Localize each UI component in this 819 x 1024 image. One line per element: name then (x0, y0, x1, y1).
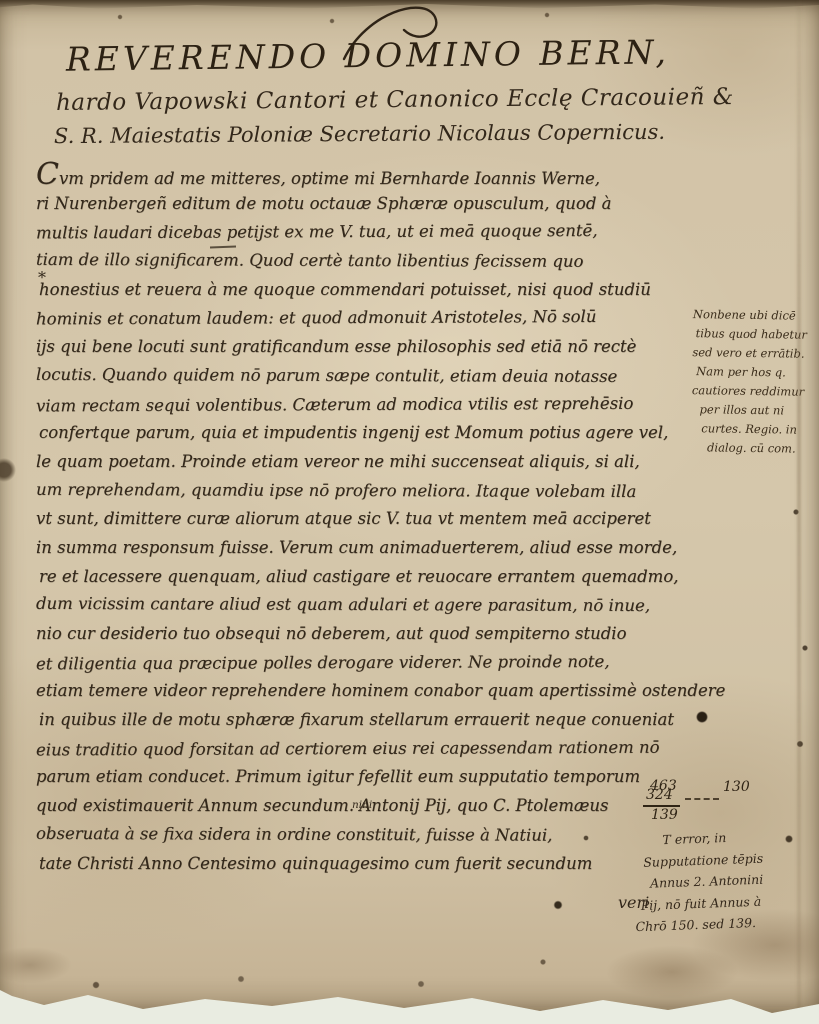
calc-subtrahend: 324 (646, 788, 673, 802)
manuscript-line: eius traditio quod forsitan ad certiorem… (36, 733, 676, 764)
margin-note-line: Nonbene ubi dicē (693, 305, 819, 326)
manuscript-line: ri Nurenbergeñ editum de motu octauæ Sph… (36, 190, 676, 219)
manuscript-line: nio cur desiderio tuo obsequi nō deberem… (36, 620, 676, 649)
manuscript-scan: REVERENDO DOMINO BERN, hardo Vapowski Ca… (0, 0, 819, 1024)
manuscript-line: multis laudari dicebas petijst ex me V. … (36, 217, 676, 248)
manuscript-line: parum etiam conducet. Primum igitur fefe… (36, 763, 676, 792)
salutation-line-2: hardo Vapowski Cantori et Canonico Ecclę… (56, 84, 734, 116)
manuscript-line: tate Christi Anno Centesimo quinquagesim… (39, 850, 679, 879)
manuscript-line: Cvm pridem ad me mitteres, optime mi Ber… (36, 161, 676, 190)
letter-body: Cvm pridem ad me mitteres, optime mi Ber… (36, 161, 676, 878)
manuscript-line: in summa responsum fuisse. Verum cum ani… (36, 534, 676, 563)
margin-asterisk: * (38, 268, 46, 287)
margin-note-line: Nam per hos q. (696, 362, 818, 383)
margin-note-lower: T error, in Supputatione tēpis Annus 2. … (632, 824, 819, 938)
manuscript-line: vt sunt, dimittere curæ aliorum atque si… (36, 505, 676, 534)
margin-note-line: tibus quod habetur (696, 324, 819, 345)
salutation-line-1: REVERENDO DOMINO BERN, (66, 32, 670, 78)
margin-note-line: cautiores reddimur (692, 381, 818, 402)
manuscript-line: viam rectam sequi volentibus. Cæterum ad… (36, 389, 676, 420)
manuscript-line: honestius et reuera à me quoque commenda… (39, 276, 679, 305)
manuscript-page: REVERENDO DOMINO BERN, hardo Vapowski Ca… (0, 0, 819, 1016)
manuscript-line: in quibus ille de motu sphæræ fixarum st… (39, 706, 679, 735)
margin-note-line: dialog. cū com. (707, 438, 817, 459)
manuscript-line: obseruata à se fixa sidera in ordine con… (36, 820, 676, 851)
calc-result: 139 (651, 808, 678, 822)
manuscript-line: ijs qui bene locuti sunt gratificandum e… (36, 333, 676, 362)
manuscript-line: confertque parum, quia et impudentis ing… (39, 419, 679, 448)
manuscript-line: le quam poetam. Proinde etiam vereor ne … (36, 448, 676, 477)
manuscript-line: hominis et conatum laudem: et quod admon… (36, 303, 676, 334)
margin-note-line: sed vero et errātib. (692, 343, 818, 364)
manuscript-line: locutis. Quando quidem nō parum sæpe con… (36, 361, 676, 392)
margin-note-upper: Nonbene ubi dicē tibus quod habetur sed … (691, 305, 819, 459)
manuscript-line: dum vicissim cantare aliud est quam adul… (36, 590, 676, 621)
interlinear-insertion: nini (352, 799, 372, 811)
manuscript-line: re et lacessere quenquam, aliud castigar… (39, 563, 679, 592)
manuscript-line: etiam temere videor reprehendere hominem… (36, 677, 676, 706)
margin-note-line: per illos aut ni (699, 400, 817, 421)
calc-dash-leader (685, 798, 719, 800)
manuscript-line: tiam de illo significarem. Quod certè ta… (36, 246, 676, 277)
salutation-line-3: S. R. Maiestatis Poloniæ Secretario Nico… (54, 120, 665, 148)
manuscript-line: um reprehendam, quamdiu ipse nō profero … (36, 475, 676, 506)
calc-side-number: 130 (723, 780, 750, 794)
manuscript-line: et diligentia qua præcipue polles deroga… (36, 647, 676, 678)
margin-note-line: curtes. Regio. in (701, 419, 817, 440)
